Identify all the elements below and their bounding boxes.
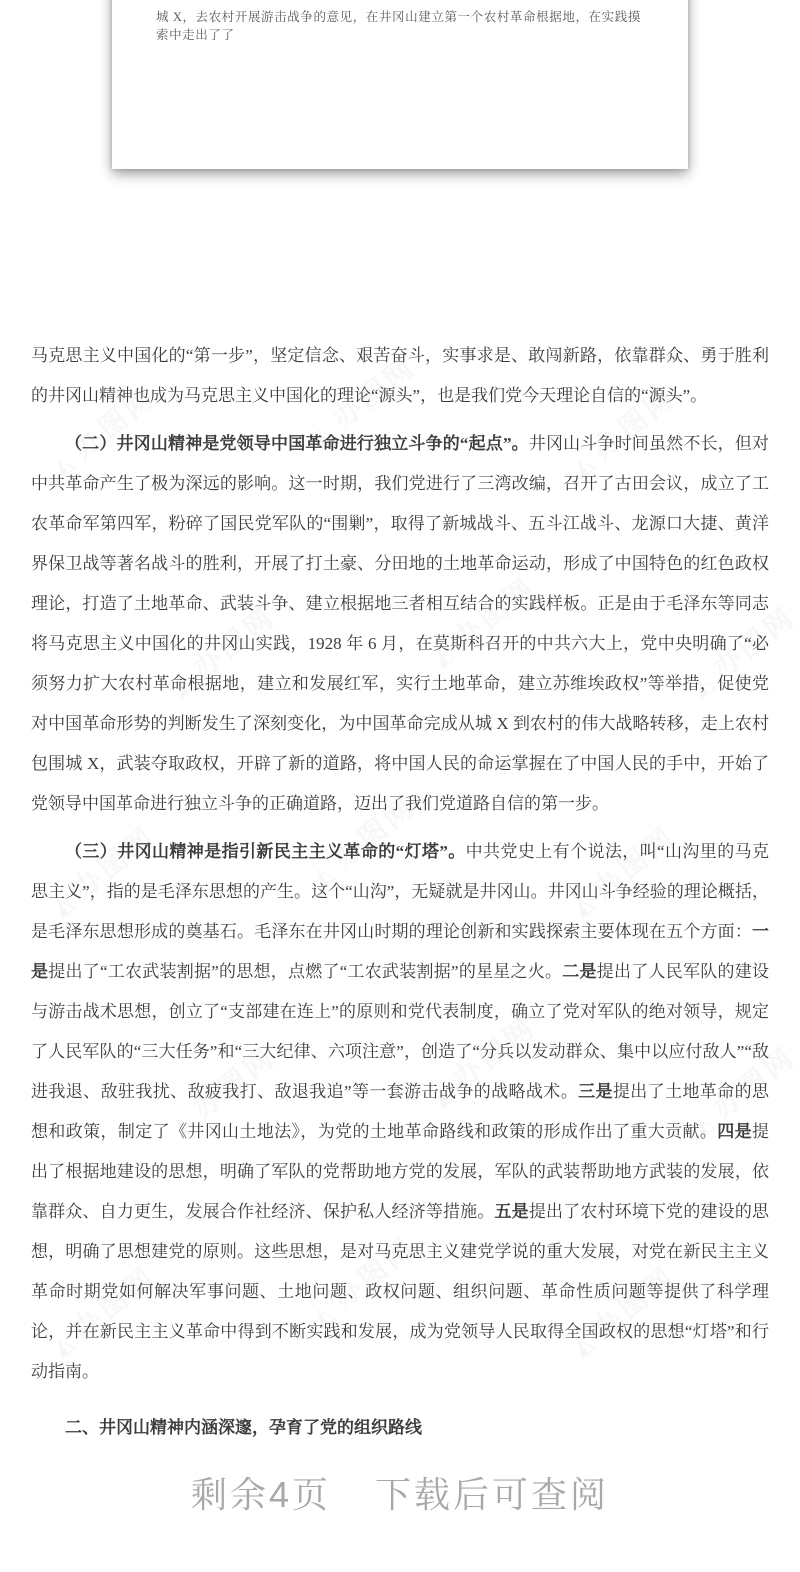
- text-run: 提出了“工农武装割据”的思想，点燃了“工农武装割据”的星星之火。: [48, 962, 562, 981]
- text-run: 马克思主义中国化的“第一步”，坚定信念、艰苦奋斗，实事求是、敢闯新路，依靠群众、…: [31, 346, 769, 405]
- previous-page-tail-text: 城 X，去农村开展游击战争的意见，在井冈山建立第一个农村革命根据地，在实践摸索中…: [112, 0, 688, 44]
- paragraph: 二、井冈山精神内涵深邃，孕育了党的组织路线: [31, 1408, 769, 1448]
- bold-run: 二是: [562, 962, 597, 981]
- paragraph: （三）井冈山精神是指引新民主主义革命的“灯塔”。中共党史上有个说法，叫“山沟里的…: [31, 832, 769, 1392]
- text-run: 提出了人民军队的建设与游击战术思想，创立了“支部建在连上”的原则和党代表制度，确…: [31, 962, 769, 1101]
- remaining-pages-banner: 剩余4页 下载后可查阅: [0, 1462, 800, 1522]
- paragraph: 马克思主义中国化的“第一步”，坚定信念、艰苦奋斗，实事求是、敢闯新路，依靠群众、…: [31, 336, 769, 416]
- paragraph: （二）井冈山精神是党领导中国革命进行独立斗争的“起点”。井冈山斗争时间虽然不长，…: [31, 424, 769, 824]
- remaining-pages-label: 剩余4页: [191, 1467, 331, 1518]
- bold-run: 三是: [578, 1082, 613, 1101]
- bold-run: （二）井冈山精神是党领导中国革命进行独立斗争的“起点”。: [65, 434, 529, 453]
- text-run: 井冈山斗争时间虽然不长，但对中共革命产生了极为深远的影响。这一时期，我们党进行了…: [31, 434, 769, 813]
- bold-run: 四是: [717, 1122, 752, 1141]
- bold-run: （三）井冈山精神是指引新民主主义革命的“灯塔”。: [65, 842, 466, 861]
- download-hint-label: 下载后可查阅: [375, 1467, 609, 1518]
- previous-page-card: 城 X，去农村开展游击战争的意见，在井冈山建立第一个农村革命根据地，在实践摸索中…: [112, 0, 688, 169]
- document-body: 马克思主义中国化的“第一步”，坚定信念、艰苦奋斗，实事求是、敢闯新路，依靠群众、…: [31, 336, 769, 1456]
- bold-run: 二、井冈山精神内涵深邃，孕育了党的组织路线: [65, 1418, 422, 1437]
- bold-run: 五是: [495, 1202, 529, 1221]
- text-run: 提出了农村环境下党的建设的思想，明确了思想建党的原则。这些思想，是对马克思主义建…: [31, 1202, 769, 1381]
